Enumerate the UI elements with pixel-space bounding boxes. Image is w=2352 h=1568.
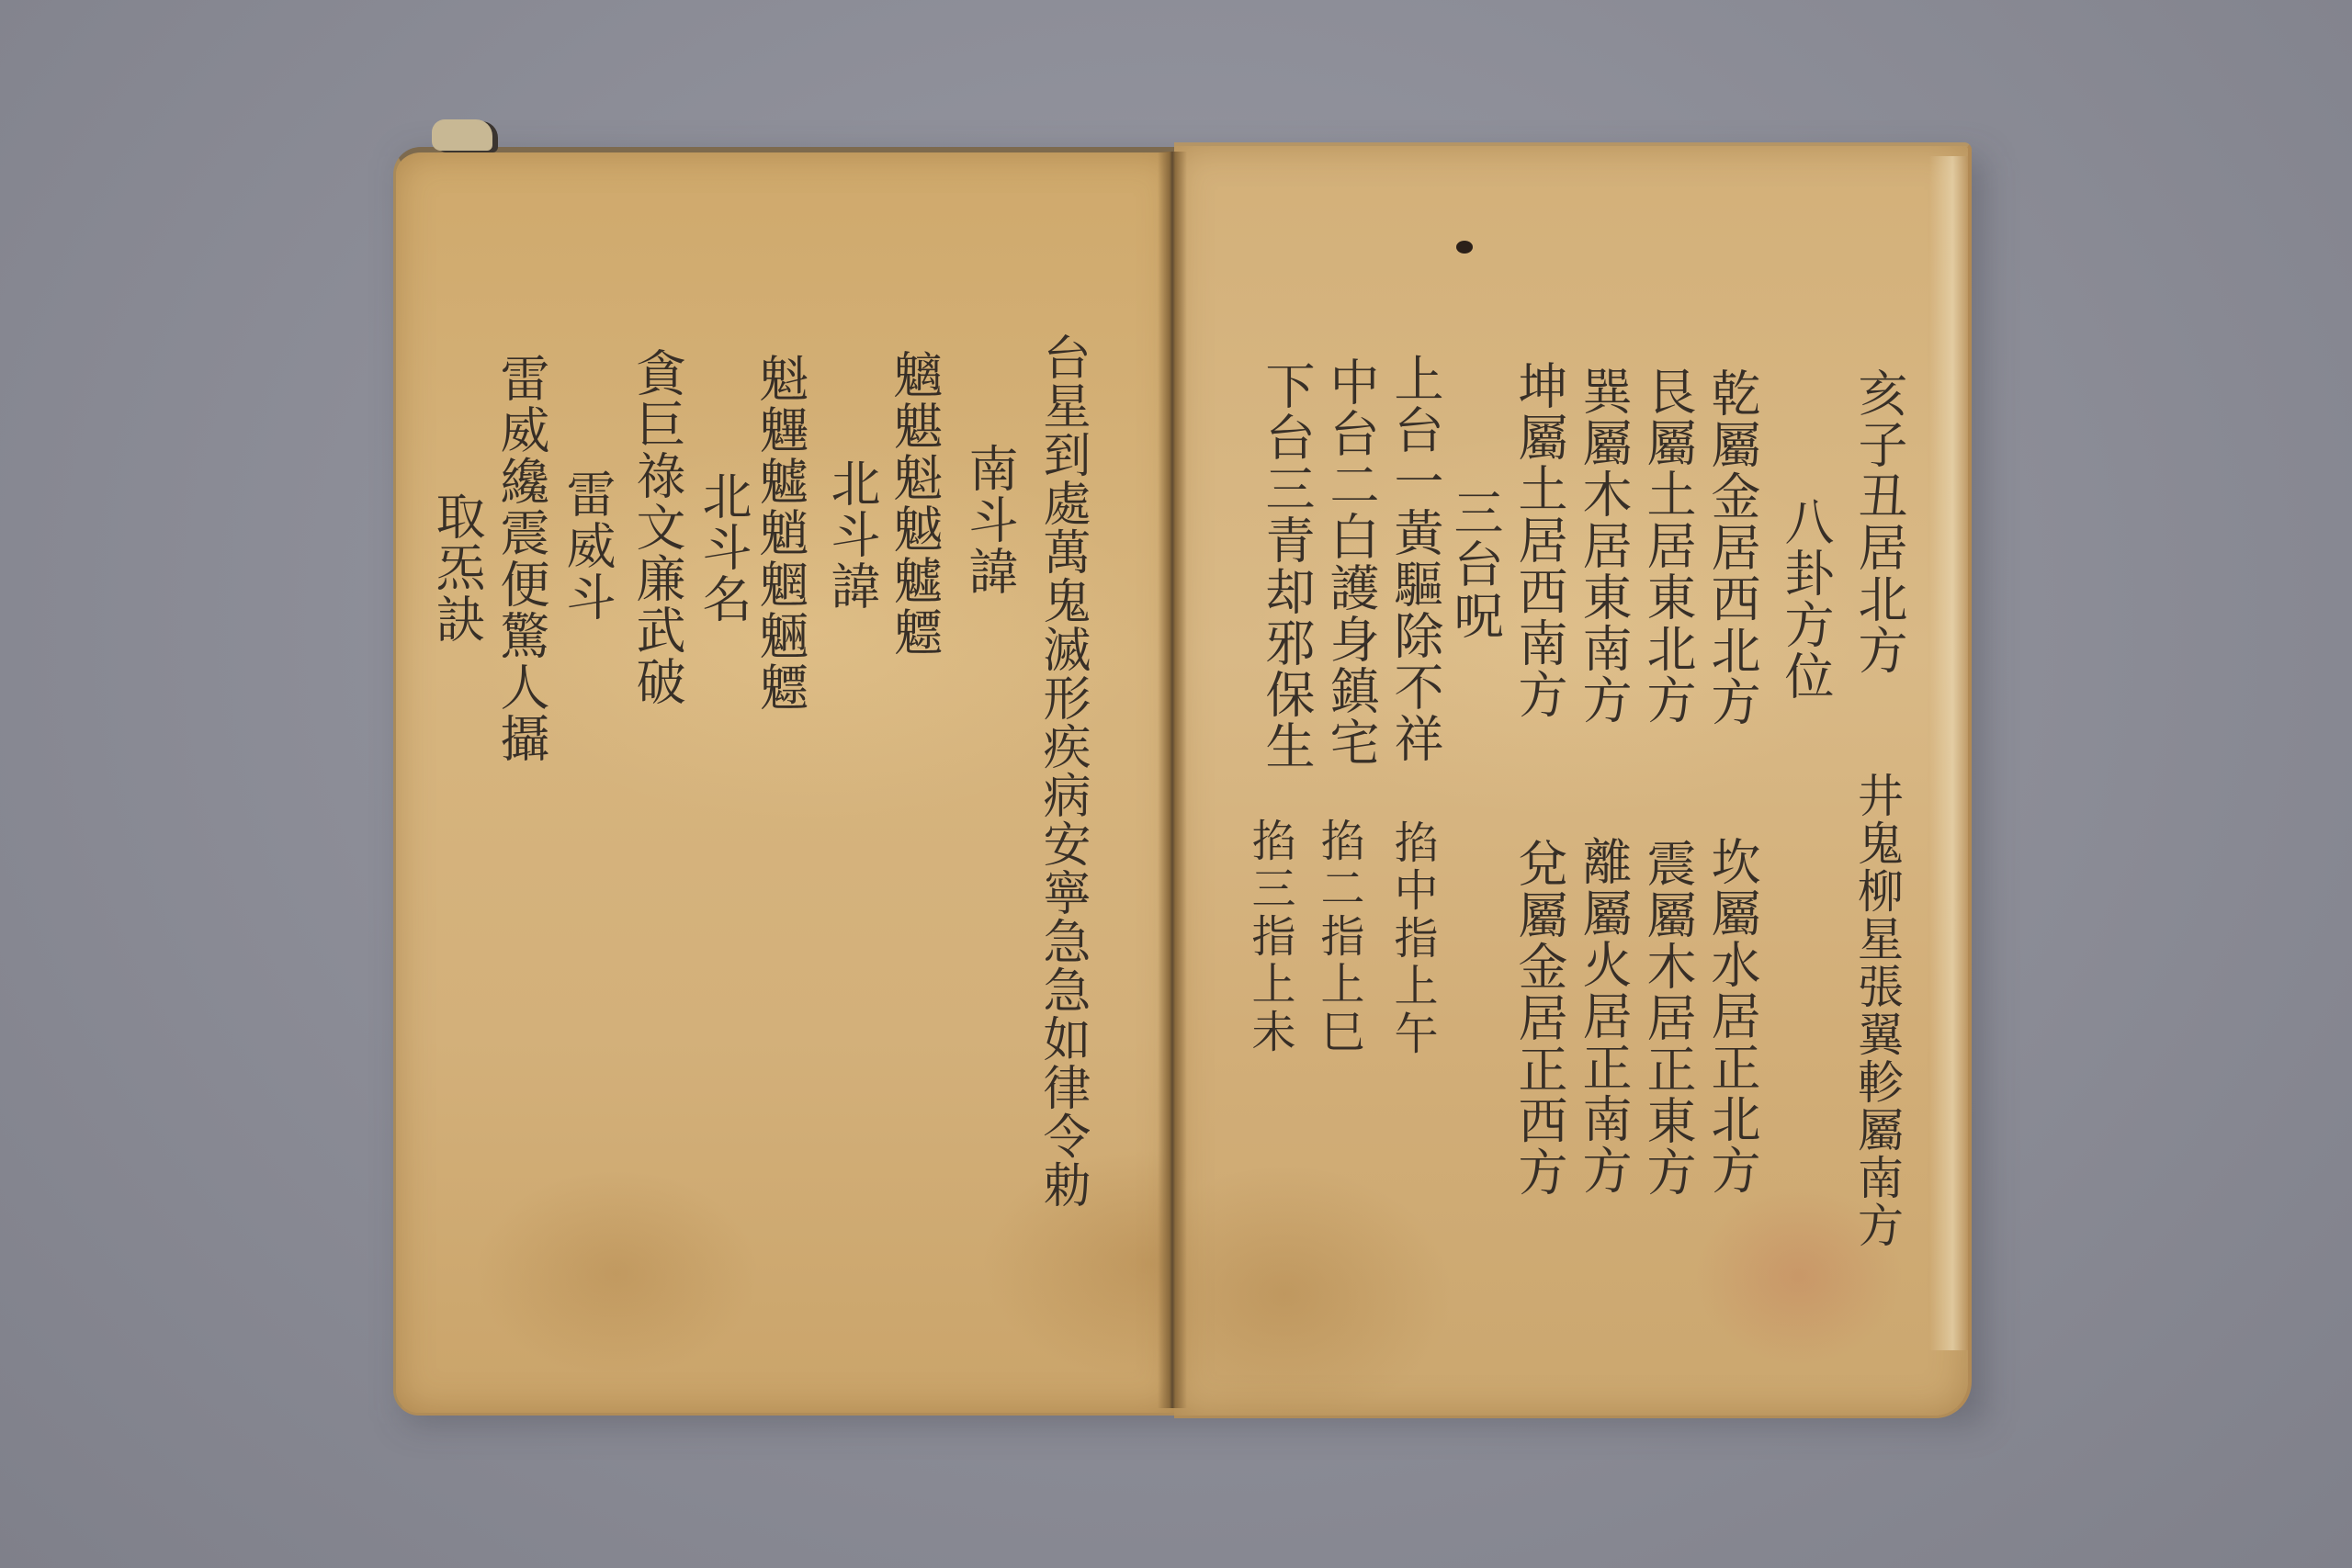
- text-column-pinch-second-finger: 掐二指上巳: [1317, 818, 1361, 1056]
- text-column-leiwei: 雷威纔震便驚人攝: [496, 353, 546, 764]
- heading-bagua-directions: 八卦方位: [1781, 496, 1830, 702]
- heading-nandou-taboo: 南斗諱: [965, 443, 1014, 597]
- text-column-li: 離屬火居正南方: [1578, 836, 1628, 1196]
- right-page-fore-edge: [1929, 156, 1968, 1350]
- text-column-dui: 兌屬金居正西方: [1514, 838, 1564, 1198]
- text-column-qian: 乾屬金居西北方: [1707, 367, 1757, 728]
- text-column-shangtai: 上台一黃驅除不祥: [1390, 353, 1440, 764]
- text-column-beidou-names: 魁魓魖魈魍魎魒: [755, 353, 805, 713]
- heading-quqi-formula: 取炁訣: [432, 491, 481, 645]
- text-column-lunar-mansions-south: 井鬼柳星張翼軫屬南方: [1854, 772, 1900, 1249]
- ink-blot: [1456, 241, 1473, 254]
- text-column-zhen: 震屬木居正東方: [1643, 838, 1692, 1198]
- text-column-kun: 坤屬土居西南方: [1514, 360, 1564, 720]
- heading-santai-incantation: 三台呪: [1450, 487, 1499, 641]
- book-spine: [1158, 152, 1187, 1408]
- text-column-right-1: 亥子丑居北方: [1854, 367, 1904, 676]
- heading-beidou-taboo: 北斗諱: [827, 457, 876, 612]
- heading-leiwei-dou: 雷威斗: [562, 468, 612, 623]
- text-column-gen: 艮屬土居東北方: [1643, 366, 1692, 726]
- text-column-kan: 坎屬水居正北方: [1707, 836, 1757, 1196]
- text-column-beidou-stars: 貪巨祿文廉武破: [632, 347, 682, 707]
- heading-beidou-stars: 北斗名: [698, 470, 748, 625]
- text-column-pinch-third-finger: 掐三指上未: [1248, 818, 1292, 1056]
- text-column-taixing-incantation: 台星到處萬鬼滅形疾病安寧急急如律令勅: [1038, 333, 1086, 1209]
- torn-corner-tab: [432, 119, 492, 151]
- text-column-pinch-middle-finger: 掐中指上午: [1390, 819, 1434, 1058]
- text-column-nandou-names: 魑魌魁魆魖魒: [889, 349, 939, 658]
- text-column-xiatai: 下台三青却邪保生: [1261, 360, 1311, 772]
- text-column-zhongtai: 中台二白護身鎮宅: [1326, 356, 1375, 768]
- text-column-xun: 巽屬木居東南方: [1578, 366, 1628, 726]
